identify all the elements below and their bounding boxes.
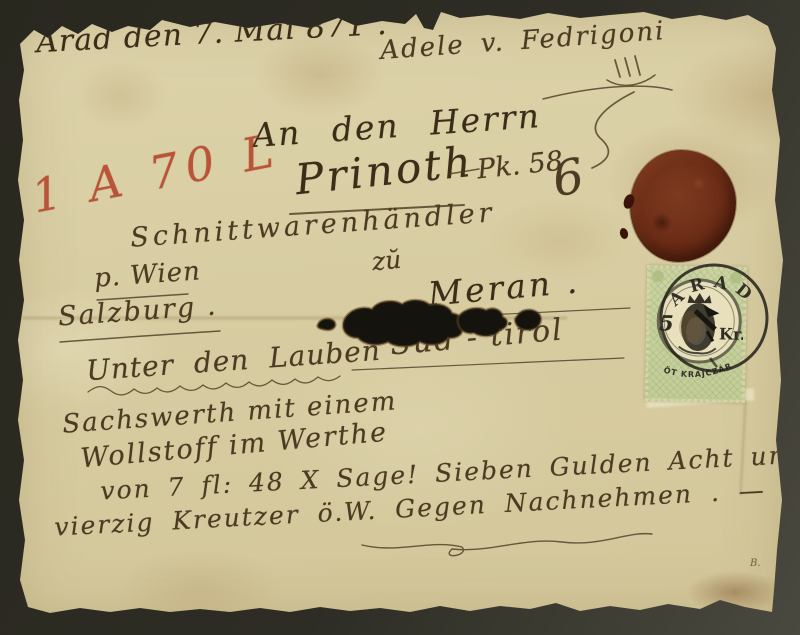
stamp-design: 5 Kr. ÖT KRAJCZÁR: [648, 268, 744, 400]
street-handwriting: Unter den Lauben: [85, 334, 382, 387]
wax-drip: [619, 227, 630, 240]
envelope-paper: Arad den 7. Mai 871 . Adele v. Fedrigoni…: [0, 0, 800, 635]
s-curve-flourish: [592, 92, 634, 168]
nachnahme-flourish: [362, 534, 652, 556]
big-six-handwriting: 6: [548, 148, 588, 208]
stamp-denomination: 5: [659, 310, 674, 335]
small-hole-left: [317, 319, 335, 331]
sender-strike-flourish: [543, 86, 672, 99]
salzburg-underline: [60, 331, 220, 342]
photo-background: Arad den 7. Mai 871 . Adele v. Fedrigoni…: [0, 0, 800, 635]
corner-mark: B.: [750, 558, 761, 569]
profession-handwriting: Schnittwarenhändler: [129, 197, 496, 253]
sender-swoosh: [607, 75, 655, 85]
stamp-corner-ornament: [730, 272, 742, 284]
route-wien-handwriting: p. Wien: [93, 256, 202, 293]
stamp-currency: Kr.: [719, 324, 744, 343]
wax-seal: [630, 150, 736, 262]
stamp-corner-ornament: [652, 270, 664, 282]
zu-handwriting: zŭ: [371, 245, 403, 276]
postage-stamp: 5 Kr. ÖT KRAJCZÁR: [645, 265, 747, 403]
destination-handwriting: Meran .: [427, 261, 582, 313]
dateline-handwriting: Arad den 7. Mai 871 .: [35, 7, 388, 60]
route-salzburg-handwriting: Salzburg .: [57, 290, 218, 332]
red-crayon-mark: 1 A 70 L: [27, 123, 284, 224]
sender-scribble: [615, 56, 640, 77]
sender-name-handwriting: Adele v. Fedrigoni: [379, 16, 666, 66]
